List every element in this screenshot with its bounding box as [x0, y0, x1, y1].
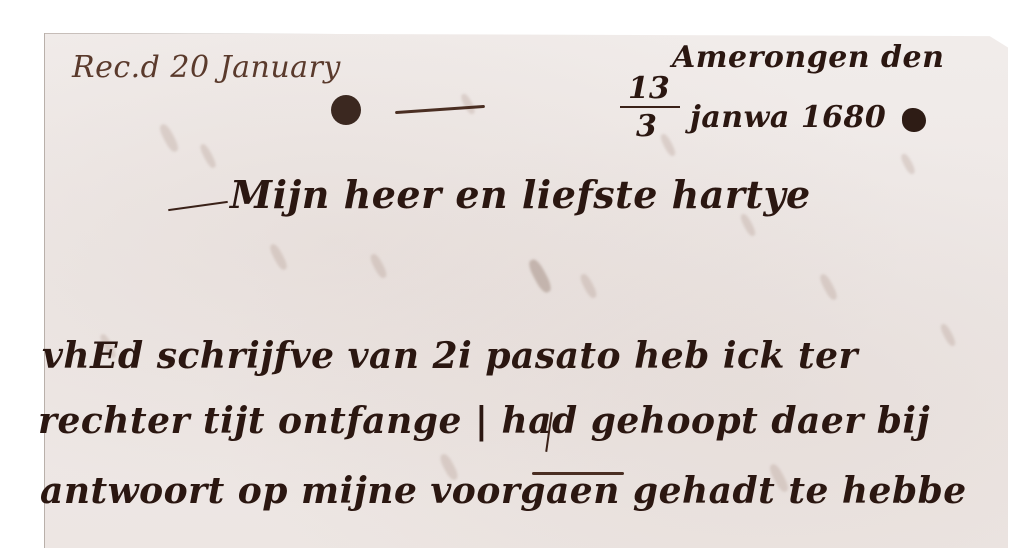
- ink-hole-dot: [331, 95, 361, 125]
- bleed-through-mark: [899, 152, 916, 175]
- date-fraction-bar: [620, 106, 680, 108]
- body-line-3: antwoort op mijne voorgaen gehadt te heb…: [40, 470, 967, 512]
- bleed-through-mark: [459, 92, 476, 115]
- body-line-1: vhEd schrijfve van 2i pasato heb ick ter: [42, 335, 858, 377]
- bleed-through-mark: [268, 243, 289, 272]
- body-underline: [532, 472, 624, 475]
- date-line: janwa 1680: [690, 100, 886, 135]
- ink-blot: [902, 108, 926, 132]
- salutation: Mijn heer en liefste hartye: [230, 172, 811, 217]
- date-fraction-top: 13: [628, 74, 670, 104]
- bleed-through-mark: [158, 122, 181, 153]
- bleed-through-mark: [818, 273, 839, 302]
- bleed-through-mark: [368, 252, 388, 279]
- receipt-note: Rec.d 20 January: [72, 50, 341, 85]
- bleed-through-mark: [578, 272, 598, 299]
- body-line-2: rechter tijt ontfange | had gehoopt daer…: [38, 400, 930, 442]
- bleed-through-mark: [939, 323, 957, 348]
- place-name: Amerongen den: [672, 40, 944, 75]
- date-fraction-bottom: 3: [636, 112, 657, 142]
- bleed-through-mark: [659, 133, 677, 158]
- bleed-through-mark: [198, 143, 217, 170]
- bleed-through-mark: [526, 257, 553, 294]
